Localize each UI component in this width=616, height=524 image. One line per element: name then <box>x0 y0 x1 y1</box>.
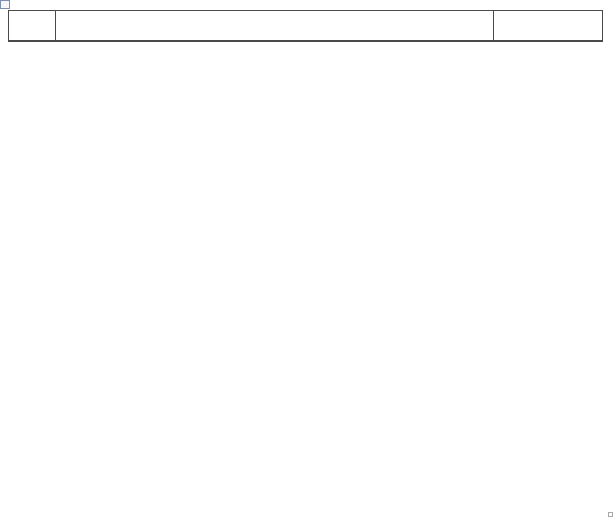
word-document-page <box>0 0 616 524</box>
header-cell-names[interactable] <box>56 11 494 40</box>
results-table <box>8 10 603 42</box>
end-of-document-marker <box>608 512 613 517</box>
header-cell-project[interactable] <box>9 11 56 40</box>
header-cell-rank[interactable] <box>494 11 602 40</box>
table-header-row <box>9 11 602 41</box>
table-move-handle-icon[interactable] <box>0 0 10 9</box>
